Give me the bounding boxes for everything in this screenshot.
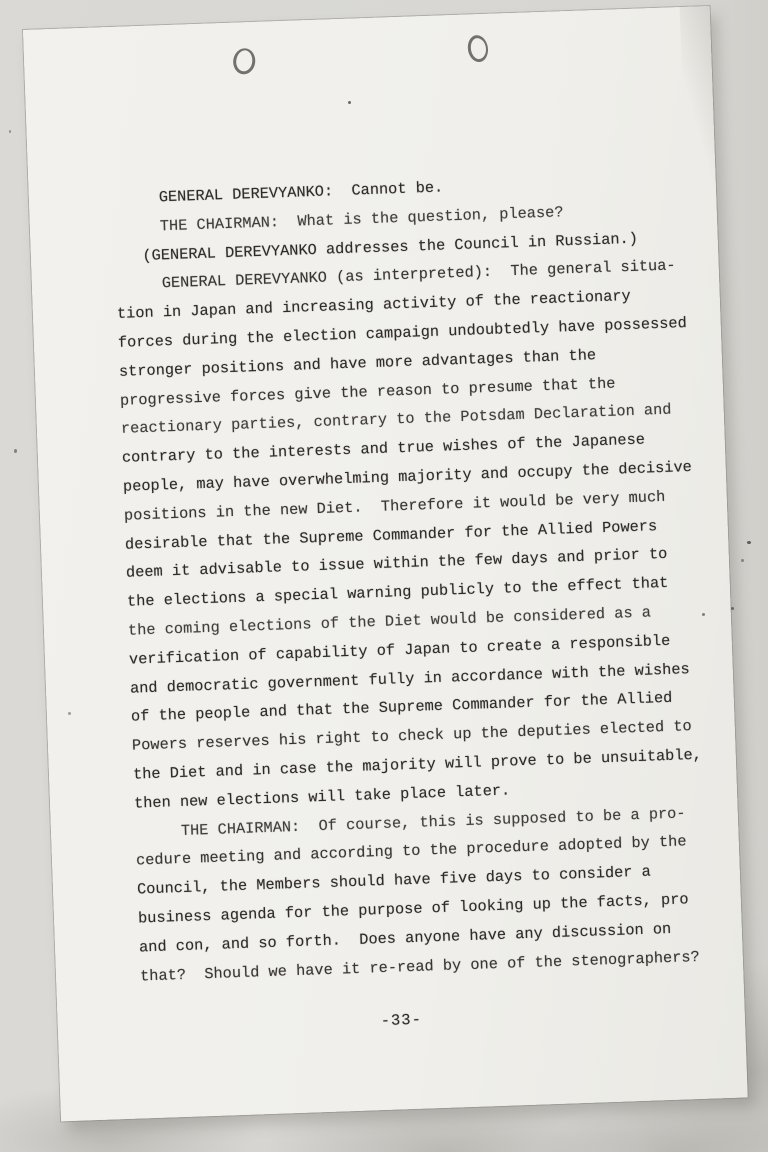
punch-hole-mark-right [466, 34, 490, 64]
ink-speck [9, 130, 11, 133]
ink-speck [731, 607, 734, 610]
ink-speck [14, 449, 17, 453]
ink-speck [348, 101, 351, 104]
page-number: -33- [58, 999, 745, 1041]
document-page: GENERAL DEREVYANKO: Cannot be. THE CHAIR… [23, 6, 748, 1121]
punch-hole-mark-left [232, 47, 257, 75]
ink-speck [747, 541, 751, 544]
ink-speck [741, 559, 744, 562]
ink-speck [702, 613, 705, 616]
ink-speck [68, 712, 71, 715]
scan-backdrop: GENERAL DEREVYANKO: Cannot be. THE CHAIR… [0, 0, 768, 1152]
typewritten-text: GENERAL DEREVYANKO: Cannot be. THE CHAIR… [112, 165, 709, 991]
